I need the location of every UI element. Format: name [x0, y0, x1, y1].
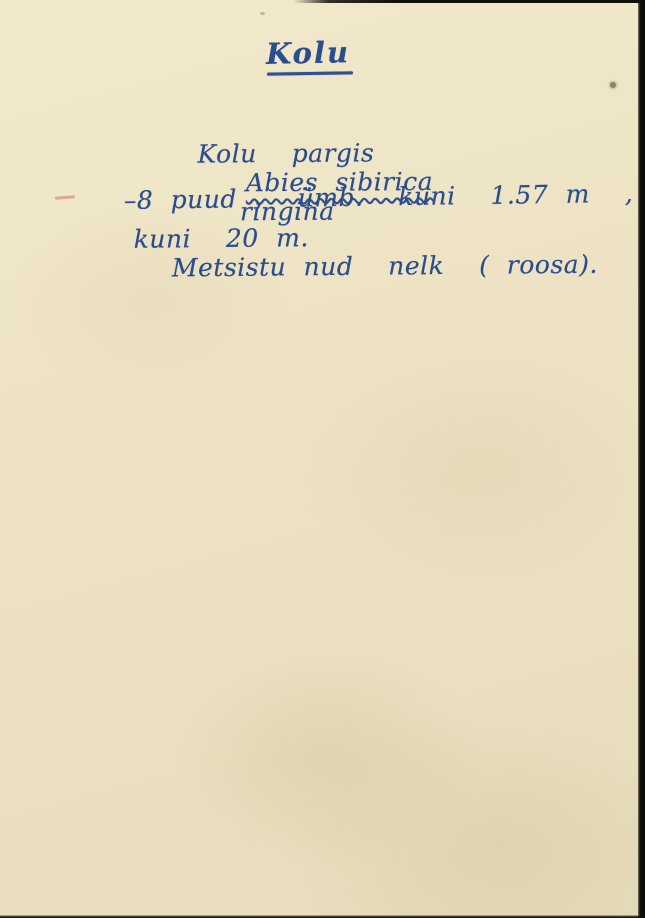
title-text: Kolu — [266, 35, 351, 71]
paper-speck — [260, 12, 265, 15]
line3-phrase: kuni 20 m. — [134, 223, 309, 254]
body-line: kuni 20 m. Metsistu nud nelk ( roosa). — [66, 192, 599, 313]
line3-phrase-2: Metsistu nud nelk ( roosa). — [172, 250, 598, 283]
title-underline — [267, 71, 353, 75]
scanned-page: Kolu Kolu pargis Abies sibirica ringina … — [0, 0, 645, 918]
note-title: Kolu — [266, 35, 351, 71]
paper-speck — [610, 82, 616, 88]
scan-edge-top — [293, 0, 645, 3]
scan-edge-right — [638, 0, 645, 918]
